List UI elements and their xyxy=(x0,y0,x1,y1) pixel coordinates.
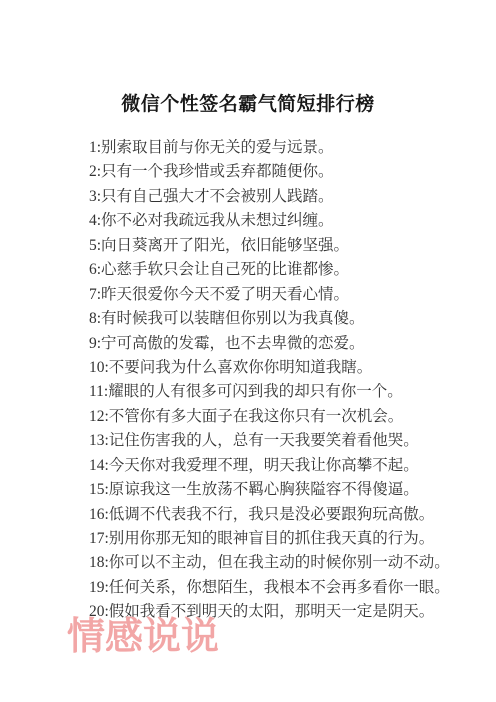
list-item: 14:今天你对我爱理不理，明天我让你高攀不起。 xyxy=(89,454,476,478)
list-item: 16:低调不代表我不行，我只是没必要跟狗玩高傲。 xyxy=(89,503,476,527)
list-item: 2:只有一个我珍惜或丢弃都随便你。 xyxy=(89,160,476,184)
signature-list: 1:别索取目前与你无关的爱与远景。2:只有一个我珍惜或丢弃都随便你。3:只有自己… xyxy=(89,136,476,625)
watermark: 情感说说 xyxy=(67,616,219,658)
list-item: 6:心慈手软只会让自己死的比谁都惨。 xyxy=(89,258,476,282)
list-item: 5:向日葵离开了阳光，依旧能够坚强。 xyxy=(89,234,476,258)
list-item: 9:宁可高傲的发霉，也不去卑微的恋爱。 xyxy=(89,332,476,356)
document-page: 微信个性签名霸气简短排行榜 1:别索取目前与你无关的爱与远景。2:只有一个我珍惜… xyxy=(0,0,496,702)
list-item: 7:昨天很爱你今天不爱了明天看心情。 xyxy=(89,283,476,307)
list-item: 15:原谅我这一生放荡不羁心胸狭隘容不得傻逼。 xyxy=(89,478,476,502)
list-item: 3:只有自己强大才不会被别人践踏。 xyxy=(89,185,476,209)
list-item: 13:记住伤害我的人，总有一天我要笑着看他哭。 xyxy=(89,429,476,453)
list-item: 18:你可以不主动，但在我主动的时候你别一动不动。 xyxy=(89,551,476,575)
list-item: 4:你不必对我疏远我从未想过纠缠。 xyxy=(89,209,476,233)
list-item: 11:耀眼的人有很多可闪到我的却只有你一个。 xyxy=(89,380,476,404)
page-title: 微信个性签名霸气简短排行榜 xyxy=(0,89,496,116)
list-item: 12:不管你有多大面子在我这你只有一次机会。 xyxy=(89,405,476,429)
list-item: 10:不要问我为什么喜欢你你明知道我瞎。 xyxy=(89,356,476,380)
list-item: 1:别索取目前与你无关的爱与远景。 xyxy=(89,136,476,160)
list-item: 17:别用你那无知的眼神盲目的抓住我天真的行为。 xyxy=(89,527,476,551)
list-item: 8:有时候我可以装瞎但你别以为我真傻。 xyxy=(89,307,476,331)
list-item: 19:任何关系，你想陌生，我根本不会再多看你一眼。 xyxy=(89,576,476,600)
